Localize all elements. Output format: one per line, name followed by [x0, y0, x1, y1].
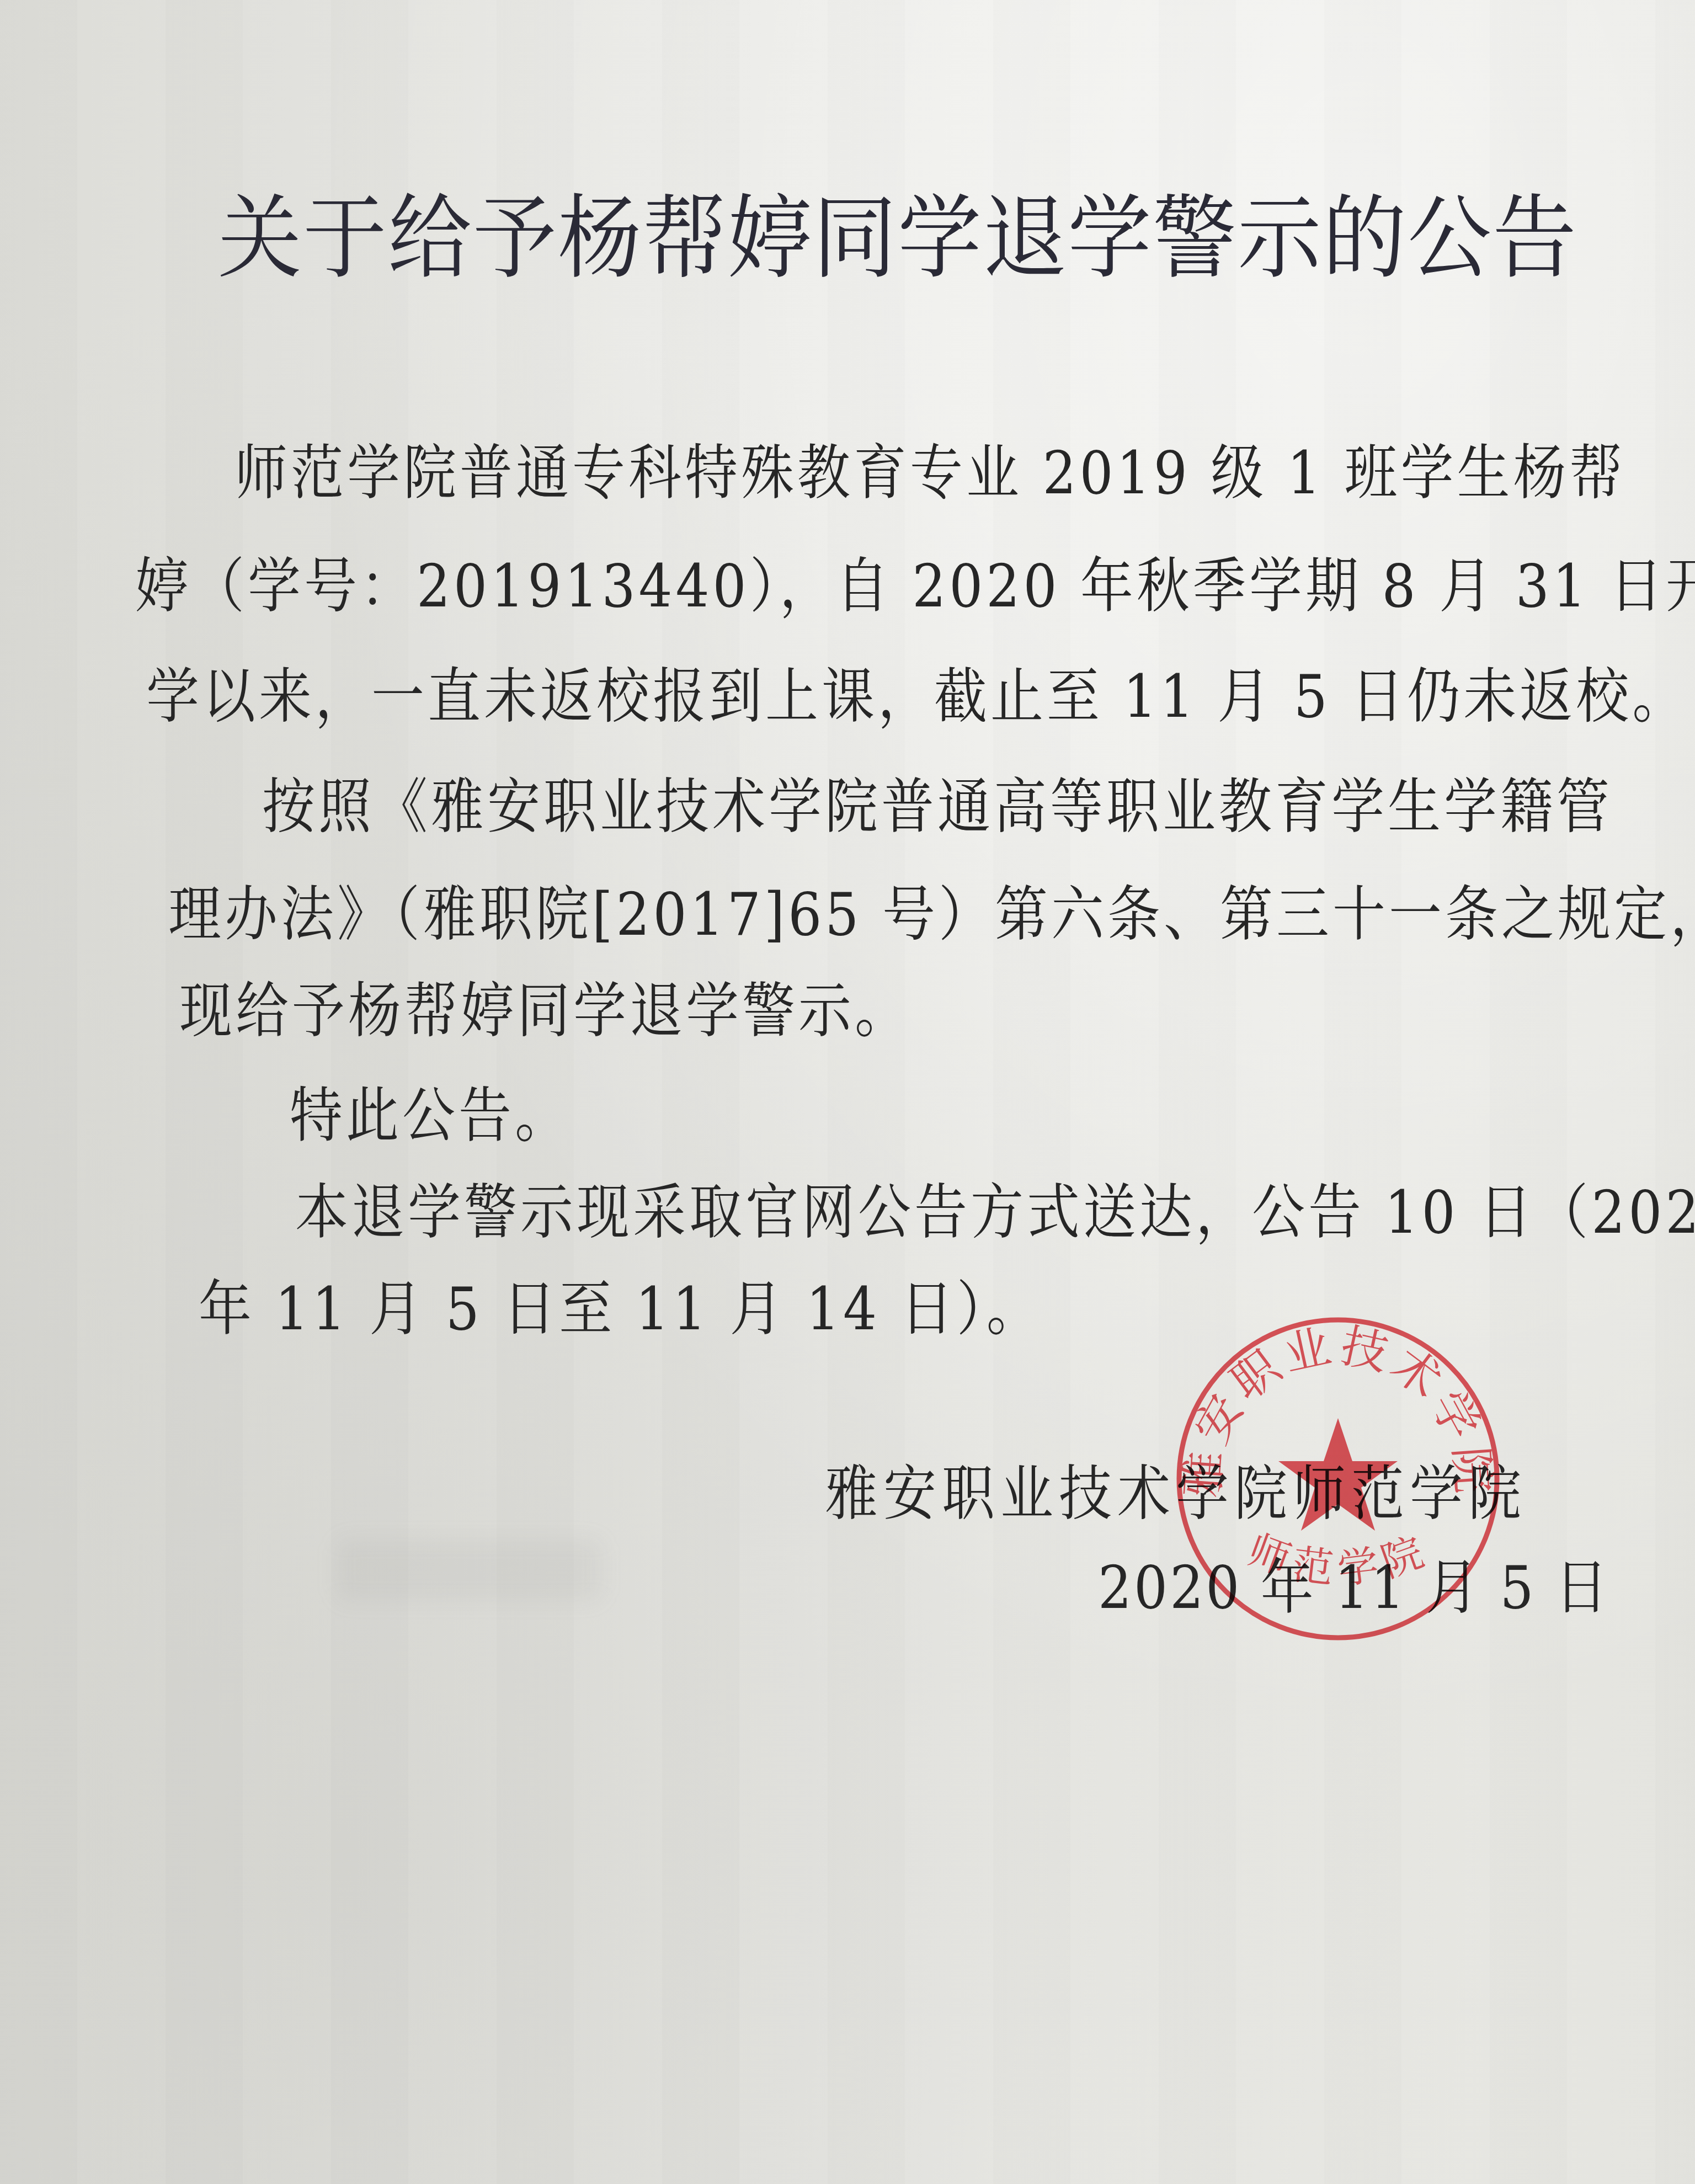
body-line-1: 师范学院普通专科特殊教育专业 2019 级 1 班学生杨帮	[234, 436, 1625, 510]
official-seal: 雅安职业技术学院 师范学院	[1172, 1313, 1504, 1644]
seal-bottom-text: 师范学院	[1242, 1526, 1437, 1594]
seal-star-icon	[1278, 1418, 1398, 1531]
show-through-text	[337, 1540, 601, 1600]
document-page: 关于给予杨帮婷同学退学警示的公告 师范学院普通专科特殊教育专业 2019 级 1…	[0, 0, 1695, 2184]
body-line-8: 本退学警示现采取官网公告方式送达，公告 10 日（2020	[295, 1175, 1695, 1249]
closing-line: 特此公告。	[290, 1079, 571, 1153]
document-title: 关于给予杨帮婷同学退学警示的公告	[218, 185, 1487, 292]
body-line-2: 婷（学号：201913440），自 2020 年秋季学期 8 月 31 日开	[135, 549, 1695, 623]
body-line-9: 年 11 月 5 日至 11 月 14 日）。	[199, 1272, 1043, 1346]
body-line-6: 现给予杨帮婷同学退学警示。	[179, 974, 911, 1048]
body-line-3: 学以来，一直未返校报到上课，截止至 11 月 5 日仍未返校。	[146, 659, 1688, 733]
body-line-5: 理办法》（雅职院[2017]65 号）第六条、第三十一条之规定，	[168, 877, 1695, 951]
body-line-4: 按照《雅安职业技术学院普通高等职业教育学生学籍管	[262, 770, 1613, 844]
